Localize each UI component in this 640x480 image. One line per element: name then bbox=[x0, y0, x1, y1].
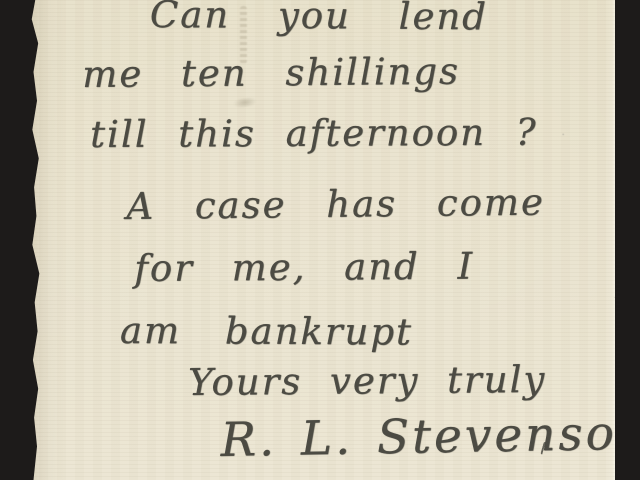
letter-line-3: till this afternoon ? bbox=[90, 112, 538, 157]
letter-line-4: A case has come bbox=[126, 182, 545, 229]
letter-closing-line: Yours very truly bbox=[188, 359, 546, 405]
letter-scan: Can you lend me ten shillings till this … bbox=[0, 0, 640, 480]
letter-line-2: me ten shillings bbox=[82, 51, 460, 97]
letter-line-5: for me, and I bbox=[134, 246, 474, 291]
signature: R. L. Stevenson bbox=[220, 407, 640, 469]
letter-line-1: Can you lend bbox=[150, 0, 488, 39]
letter-line-6: am bankrupt bbox=[120, 310, 413, 354]
letter-paper: Can you lend me ten shillings till this … bbox=[30, 0, 615, 480]
paper-smudge-mark bbox=[232, 96, 259, 109]
